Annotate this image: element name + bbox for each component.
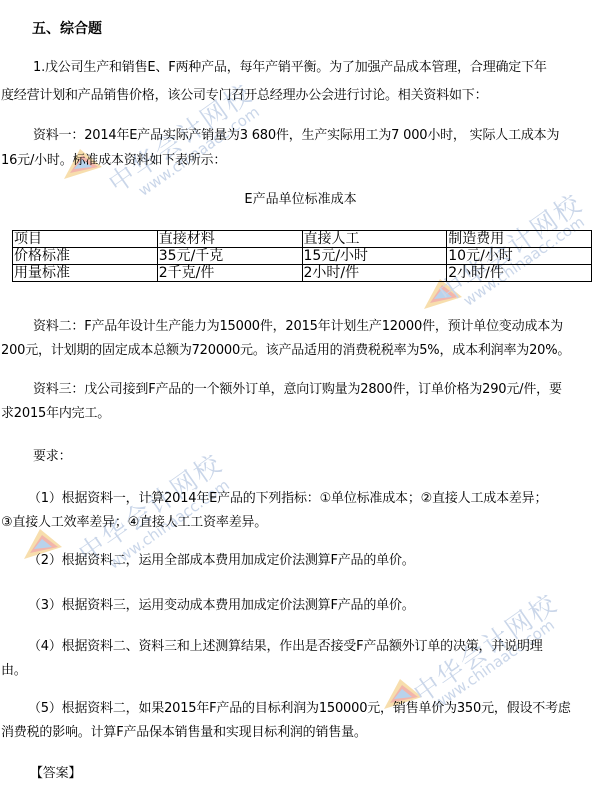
requirements-label: 要求：: [33, 448, 71, 466]
watermark-url: www.chinaacc.com: [430, 616, 558, 713]
table-cell: 10元/小时: [447, 248, 592, 265]
requirement-5-line-2: 消费税的影响。计算F产品保本销售量和实现目标利润的销售量。: [1, 724, 367, 742]
material3-line-2: 求2015年内完工。: [1, 405, 110, 423]
table-header-cell: 直接人工: [302, 231, 447, 248]
table-header-cell: 项目: [13, 231, 158, 248]
table-row: 价格标准 35元/千克 15元/小时 10元/小时: [13, 248, 592, 265]
requirement-5-line-1: （5）根据资料二，如果2015年F产品的目标利润为150000元，销售单价为35…: [28, 700, 571, 718]
table-cell: 用量标准: [13, 265, 158, 282]
table-caption: E产品单位标准成本: [0, 191, 601, 209]
standard-cost-table: 项目 直接材料 直接人工 制造费用 价格标准 35元/千克 15元/小时 10元…: [12, 230, 592, 282]
material2-line-2: 200元，计划期的固定成本总额为720000元。该产品适用的消费税税率为5%，成…: [1, 342, 570, 360]
material3-line-1: 资料三：戊公司接到F产品的一个额外订单，意向订购量为2800件，订单价格为290…: [33, 381, 562, 399]
material1-line-2: 16元/小时。标准成本资料如下表所示：: [1, 152, 226, 170]
table-cell: 35元/千克: [157, 248, 302, 265]
table-header-cell: 直接材料: [157, 231, 302, 248]
answer-label: 【答案】: [30, 765, 81, 783]
requirement-4-line-1: （4）根据资料二、资料三和上述测算结果，作出是否接受F产品额外订单的决策，并说明…: [28, 638, 543, 656]
requirement-2: （2）根据资料二，运用全部成本费用加成定价法测算F产品的单价。: [28, 552, 415, 570]
question-intro-line-1: 1.戊公司生产和销售E、F两种产品，每年产销平衡。为了加强产品成本管理，合理确定…: [33, 59, 547, 77]
table-cell: 2小时/件: [447, 265, 592, 282]
material2-line-1: 资料二：F产品年设计生产能力为15000件，2015年计划生产12000件，预计…: [33, 318, 563, 336]
table-cell: 价格标准: [13, 248, 158, 265]
question-intro-line-2: 度经营计划和产品销售价格，该公司专门召开总经理办公会进行讨论。相关资料如下：: [1, 87, 487, 105]
requirement-1-line-1: （1）根据资料一，计算2014年E产品的下列指标：①单位标准成本；②直接人工成本…: [28, 490, 547, 508]
material1-line-1: 资料一：2014年E产品实际产销量为3 680件，生产实际用工为7 000小时，…: [33, 127, 559, 145]
requirement-4-line-2: 由。: [1, 662, 27, 680]
requirement-1-line-2: ③直接人工效率差异；④直接人工工资率差异。: [1, 514, 267, 532]
table-header-row: 项目 直接材料 直接人工 制造费用: [13, 231, 592, 248]
table-header-cell: 制造费用: [447, 231, 592, 248]
section-heading: 五、综合题: [32, 20, 102, 38]
table-cell: 2小时/件: [302, 265, 447, 282]
table-row: 用量标准 2千克/件 2小时/件 2小时/件: [13, 265, 592, 282]
requirement-3: （3）根据资料三，运用变动成本费用加成定价法测算F产品的单价。: [28, 597, 415, 615]
table-cell: 15元/小时: [302, 248, 447, 265]
table-cell: 2千克/件: [157, 265, 302, 282]
